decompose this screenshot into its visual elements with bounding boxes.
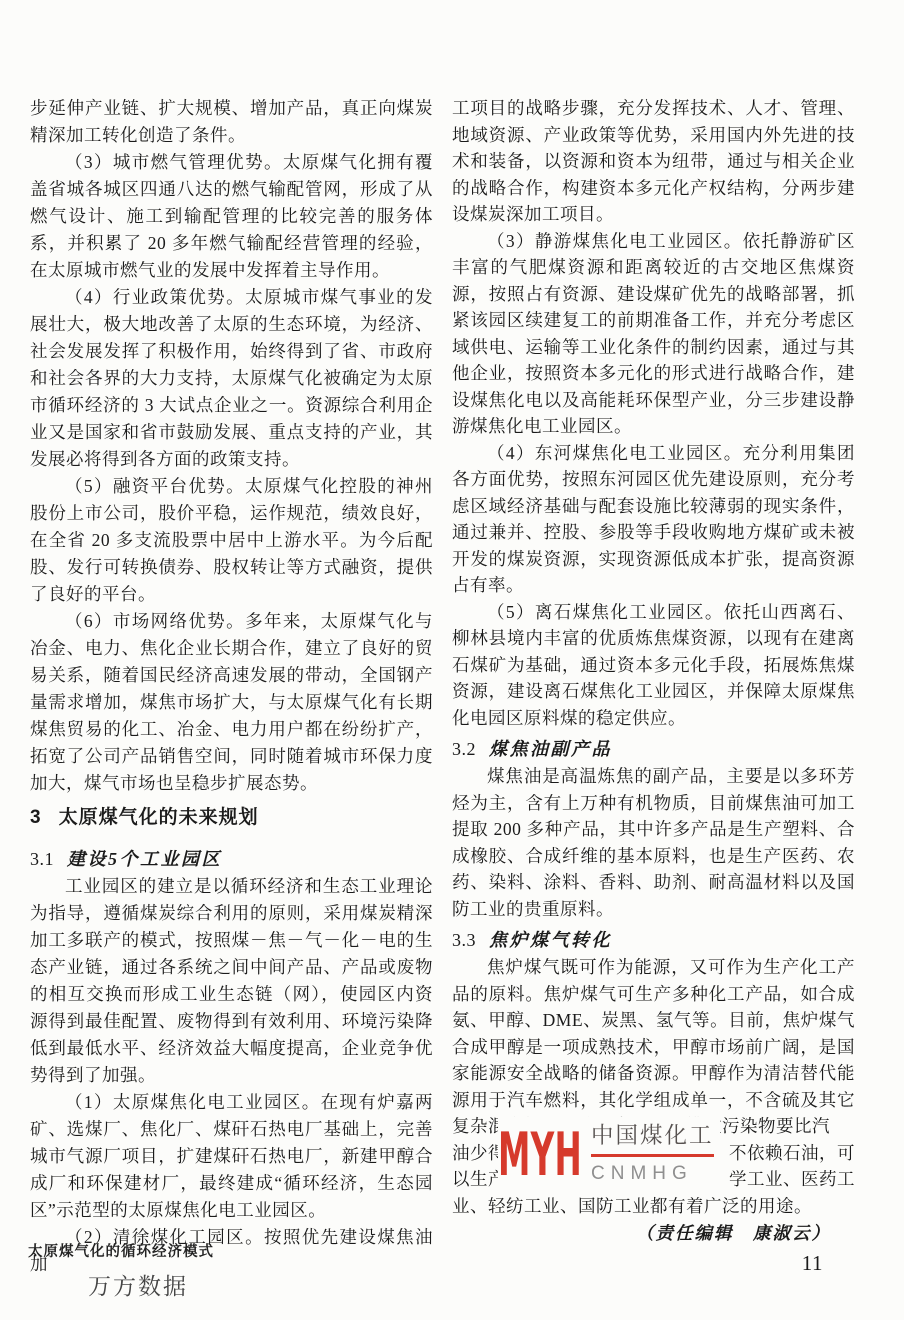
paragraph: （5）离石煤焦化工业园区。依托山西离石、柳林县境内丰富的优质炼焦煤资源，以现有在… — [452, 599, 855, 732]
left-column: 步延伸产业链、扩大规模、增加产品，真正向煤炭精深加工转化创造了条件。 （3）城市… — [30, 95, 433, 1278]
watermark-logo-letters: MYH — [498, 1120, 582, 1185]
wanfang-data-watermark: 万方数据 — [88, 1268, 188, 1301]
section-title: 太原煤气化的未来规划 — [59, 807, 259, 828]
watermark-logo-icon: MYH — [498, 1119, 584, 1185]
paragraph: （6）市场网络优势。多年来，太原煤气化与冶金、电力、焦化企业长期合作，建立了良好… — [30, 608, 433, 797]
paragraph: （4）东河煤焦化电工业园区。充分利用集团各方面优势，按照东河园区优先建设原则，充… — [452, 440, 855, 599]
cnmhg-watermark: MYH 中国煤化工 CNMHG — [498, 1117, 720, 1195]
paragraph: （3）静游煤焦化电工业园区。依托静游矿区丰富的气肥煤资源和距离较近的古交地区焦煤… — [452, 228, 855, 440]
section-3-3-heading: 3.3焦炉煤气转化 — [452, 927, 855, 954]
editor-note: （责任编辑 康淑云） — [452, 1220, 855, 1247]
footer-running-title: 太原煤气化的循环经济模式 — [28, 1240, 214, 1261]
paragraph: 业、轻纺工业、国防工业都有着广泛的用途。 — [452, 1193, 855, 1220]
paragraph: 工业园区的建立是以循环经济和生态工业理论为指导，遵循煤炭综合利用的原则，采用煤炭… — [30, 873, 433, 1089]
section-3-heading: 3太原煤气化的未来规划 — [30, 804, 433, 831]
paragraph: 工项目的战略步骤，充分发挥技术、人才、管理、地域资源、产业政策等优势，采用国内外… — [452, 95, 855, 228]
paragraph: （1）太原煤焦化电工业园区。在现有炉嘉两矿、选煤厂、焦化厂、煤矸石热电厂基础上，… — [30, 1089, 433, 1224]
section-number: 3.2 — [452, 739, 476, 759]
right-column: 工项目的战略步骤，充分发挥技术、人才、管理、地域资源、产业政策等优势，采用国内外… — [452, 95, 855, 1276]
watermark-text-group: 中国煤化工 CNMHG — [591, 1117, 714, 1188]
paragraph: （5）融资平台优势。太原煤气化控股的神州股份上市公司，股价平稳，运作规范，绩效良… — [30, 473, 433, 608]
watermark-title: 中国煤化工 — [591, 1123, 714, 1158]
section-number: 3.3 — [452, 930, 476, 950]
watermark-subtitle: CNMHG — [591, 1161, 714, 1188]
text-fragment: 学工业、医药工 — [729, 1166, 855, 1193]
scanned-paper-page: 步延伸产业链、扩大规模、增加产品，真正向煤炭精深加工转化创造了条件。 （3）城市… — [0, 0, 904, 1320]
section-3-1-heading: 3.1建设5个工业园区 — [30, 846, 433, 873]
text-fragment: 不依赖石油，可 — [729, 1140, 855, 1167]
paragraph: （4）行业政策优势。太原城市煤气事业的发展壮大，极大地改善了太原的生态环境，为经… — [30, 284, 433, 473]
section-number: 3.1 — [30, 849, 54, 869]
page-number: 11 — [452, 1250, 855, 1277]
paragraph: 步延伸产业链、扩大规模、增加产品，真正向煤炭精深加工转化创造了条件。 — [30, 95, 433, 149]
section-title: 焦炉煤气转化 — [489, 930, 612, 950]
paragraph: 焦炉煤气既可作为能源，又可作为生产化工产品的原料。焦炉煤气可生产多种化工产品，如… — [452, 954, 855, 1140]
section-3-2-heading: 3.2煤焦油副产品 — [452, 736, 855, 763]
section-number: 3 — [30, 807, 42, 828]
section-title: 建设5个工业园区 — [67, 849, 222, 869]
paragraph: （3）城市燃气管理优势。太原煤气化拥有覆盖省城各城区四通八达的燃气输配管网，形成… — [30, 149, 433, 284]
section-title: 煤焦油副产品 — [489, 739, 612, 759]
watermark-obscured-text-block: 油少得 不依赖石油，可 以生产 学工业、医药工 MYH 中国煤化工 CNMHG — [452, 1140, 855, 1193]
paragraph: 煤焦油是高温炼焦的副产品，主要是以多环芳烃为主，含有上万种有机物质，目前煤焦油可… — [452, 763, 855, 922]
